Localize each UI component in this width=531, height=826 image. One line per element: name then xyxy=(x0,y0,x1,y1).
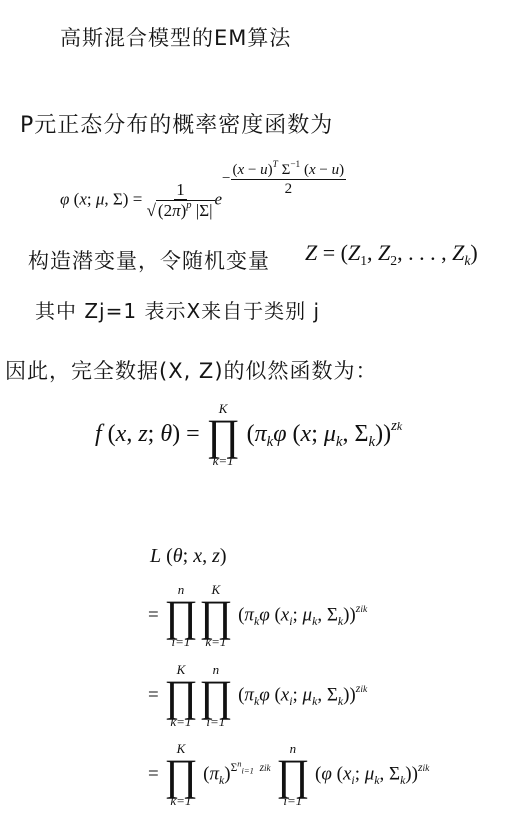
L-step1: = n∏i=1K∏k=1 (πkφ (xi; μk, Σk))zik xyxy=(148,583,367,650)
pdf-heading: P元正态分布的概率密度函数为 xyxy=(20,108,333,139)
latent-variable-text: 构造潜变量，令随机变量 xyxy=(28,245,270,275)
complete-likelihood-formula: f (x, z; θ) = K∏k=1 (πkφ (x; μk, Σk))zk xyxy=(95,402,402,469)
latent-variable-formula: Z = (Z1, Z2, . . . , Zk) xyxy=(305,240,478,269)
L-step2: = K∏k=1n∏i=1 (πkφ (xi; μk, Σk))zik xyxy=(148,663,367,730)
L-lhs: L (θ; x, z) xyxy=(150,545,227,568)
pdf-formula: φ (x; μ, Σ) = 1√(2π)p |Σ|e−(x − u)T Σ−1 … xyxy=(60,160,346,222)
likelihood-heading: 因此，完全数据(X, Z)的似然函数为： xyxy=(5,355,378,385)
L-step3: = K∏k=1 (πk)Σni=1 zik n∏i=1 (φ (xi; μk, … xyxy=(148,742,429,809)
latent-variable-note: 其中 Zj=1 表示X来自于类别 j xyxy=(35,295,320,324)
page-title: 高斯混合模型的EM算法 xyxy=(60,22,291,52)
